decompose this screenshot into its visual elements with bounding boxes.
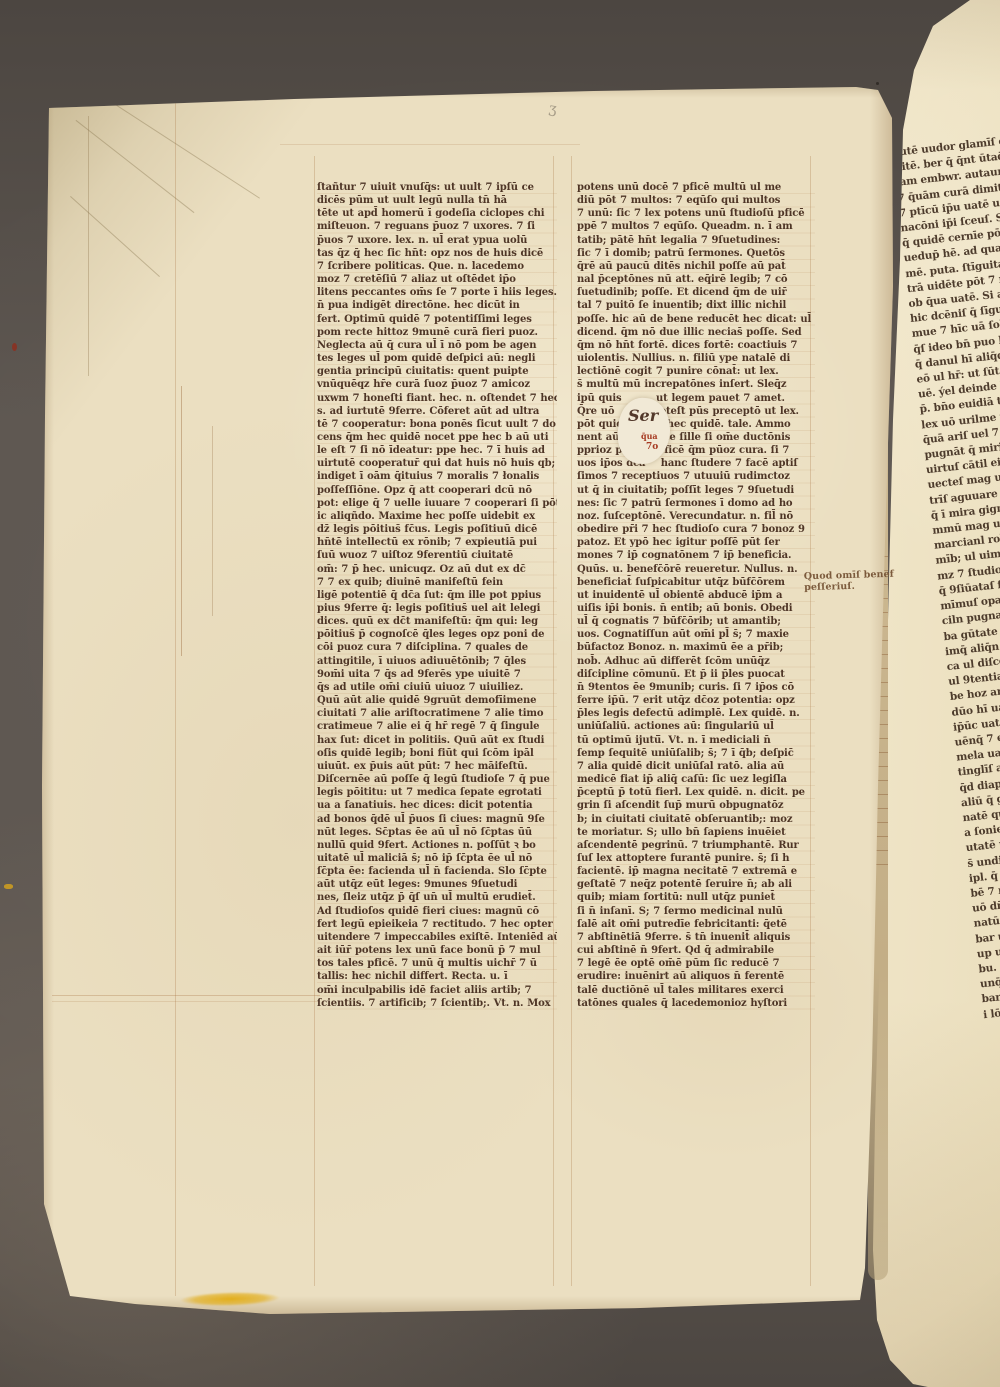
edge-text-line: trā uidēte pōt 7 nich amp xyxy=(906,259,1000,297)
text-line: lectiōnē cogit 7 punire cōnat̄: ut lex. xyxy=(577,365,815,378)
text-line: attingitile, ī uiuos adiuuētōnib; 7 q̄le… xyxy=(317,655,557,668)
text-line: poſſe. hic aū de bene reducēt hec dicat:… xyxy=(577,313,815,326)
text-line: 7 legē ēe optē om̄ē pūm ſic reducē 7 xyxy=(577,957,815,970)
text-line: pōt quidē 7 hec quidē. tale. Ammo xyxy=(577,418,815,431)
text-line: te moriatur. S; ullo bn̄ ſapiens inuēiet xyxy=(577,826,815,839)
text-line: aūt utq̄z eūt leges: 9munes 9ſuetudi xyxy=(317,878,557,891)
edge-text-line: 7 q̄uām curā dimittūt. xyxy=(897,168,1000,206)
edge-text-line: mē. puta. ſtīguita bn̄ xyxy=(905,244,1000,282)
text-line: mones 7 ip̄ cognatōnem 7 ip̄ beneficia. xyxy=(577,549,815,562)
edge-text-line: mīb; ul uimoza. precipiēt xyxy=(935,531,1000,569)
text-line: q̄rē aū paucū ditēs nichil poſſe aū pat̄ xyxy=(577,260,815,273)
text-line: ſemp ſequitē uniūſalib; s̄; 7 ī q̄b; deſ… xyxy=(577,747,815,760)
text-line: ſalē ait om̄i putredīe febricitanti: q̄e… xyxy=(577,918,815,931)
text-column-right: potens unū docē 7 pficē multū ul̄ mediū … xyxy=(577,181,815,1011)
edge-text-line: q̄ ī mira gignaſia. pap xyxy=(930,486,1000,524)
text-line: oſis quidē legib; boni fiūt qui ſcōm ipā… xyxy=(317,747,557,760)
margin-note: Quod omīſ benefpeſſeriuſ. xyxy=(804,569,895,593)
edge-text-line: uirtuſ cātil ei uffalioz xyxy=(925,441,1000,479)
text-line: tē 7 cooperatur: bona ponēs ſicut uult 7… xyxy=(317,418,557,431)
text-line: 7 7 ex quib; diuinē manifeſtū fein xyxy=(317,576,557,589)
text-line: ul̄ q̄ cognatis 7 būfc̄ōrib; ut amantib; xyxy=(577,615,815,628)
text-line: potens unū docē 7 pficē multū ul̄ me xyxy=(577,181,815,194)
edge-text-line: tinglīſ ad certitudinē 7 acūoſ xyxy=(957,743,1000,781)
text-line: ferre ip̄ū. 7 erit utq̄z dc̄oz potentia:… xyxy=(577,694,815,707)
text-line: nal p̄ceptōnes nū att. eq̄irē legib; 7 c… xyxy=(577,273,815,286)
edge-text-line: be hoz ariſtotileſ uelut dr̄ i q̄ xyxy=(949,667,1000,705)
text-line: Ad ſtudioſos quidē fieri ciues: magnū cō xyxy=(317,905,557,918)
text-line: 7 unū: ſic 7 lex potens unū ſtudioſū pfi… xyxy=(577,207,815,220)
edge-text-line: q̄ 9ſiūataſ ſcōm iurtutē xyxy=(938,561,1000,599)
text-line: s. ad iurtutē 9ferre. Cōferet aūt ad ult… xyxy=(317,405,557,418)
edge-text-line: marcianl robore q̄ potēt. xyxy=(933,516,1000,554)
text-line: ſuetudinib; poſſe. Et dicend q̄m de uir̄ xyxy=(577,286,815,299)
text-line: būfactoz Bonoz. n. maximū ēe a pr̄ib; xyxy=(577,641,815,654)
edge-text-line: ciln pugnat circuſpōē uō xyxy=(941,592,1000,630)
crease-line xyxy=(212,426,213,616)
crease-line xyxy=(88,116,89,376)
edge-text-line: p̄. bn̄o euidiā tē magiſ b xyxy=(919,380,1000,418)
edge-text-line: mmū mag uicq̄ cecil iuſtē xyxy=(932,501,1000,539)
edge-text-line: a ſonienſ. 7 ueniēt cura: uō xyxy=(964,803,1000,841)
edge-text-line: uedup̄ hē. ad qualeſ aū. xyxy=(903,229,1000,267)
text-line: tal 7 puitō ſe inuentib; dixt illic nich… xyxy=(577,299,815,312)
text-column-left: ſtañtur 7 uiuit vnuſq̄s: ut uult 7 ipſū … xyxy=(317,181,557,1011)
section-initial: Ser xyxy=(628,408,658,424)
text-line: gentia principū ciuitatis: quent puipte xyxy=(317,365,557,378)
text-line: ic aliqñdo. Maxime hec poſſe uidebit ex xyxy=(317,510,557,523)
text-line: tas q̄z q̄ hec ſic hn̄t: opz nos de huis… xyxy=(317,247,557,260)
edge-text-line: imq̄ aliq̄n om̄i uī pugilēſ xyxy=(944,622,1000,660)
text-line: cratimeue 7 alie ei q̄ hr̄ regē 7 q̄ ſin… xyxy=(317,720,557,733)
red-ink-mark: 7o xyxy=(646,443,658,452)
edge-text-line: nitē. ber q̄ q̄nt ūtaq̄ u xyxy=(894,138,1000,176)
edge-text-line: pugnāt q̄ miripuit ōia xyxy=(924,425,1000,463)
text-line: hn̄tē intellectū ex rōnib; 7 expieutiā p… xyxy=(317,536,557,549)
text-line: dicēs pūm ut uult legū nulla tn̄ hā xyxy=(317,194,557,207)
text-line: 7 ſcribere politicas. Que. n. lacedemo xyxy=(317,260,557,273)
text-line: aſcendentē pegrinū. 7 triumphantē. Rur xyxy=(577,839,815,852)
text-line: noz. ſuſceptōnē. Verecundatur. n. fil̄ n… xyxy=(577,510,815,523)
yellow-edge-speck xyxy=(4,884,13,889)
text-line: legis pōititu: ut 7 medica ſepate egrota… xyxy=(317,786,557,799)
text-line: om̄i inculpabilis idē faciet aliis artib… xyxy=(317,984,557,997)
text-line: uniūſaliū. actiones aū: ſingulariū ul̄ xyxy=(577,720,815,733)
text-line: cui abſtinē n̄ 9fert. Qd q̄ admirabile xyxy=(577,944,815,957)
text-line: uitendere 7 impeccabiles exiſtē. Inteniē… xyxy=(317,931,557,944)
edge-text-line: ob q̄ua uatē. Si a q̄uaq̄ xyxy=(908,274,1000,312)
edge-text-line: uecteſ mag uicq̄ſ cātil e xyxy=(927,456,1000,494)
manuscript-photo: autē uudor glamīſ cōpnitē. ber q̄ q̄nt ū… xyxy=(0,0,1000,1387)
text-line: tēte ut apd̄ homerū ī godeſia ciclopes c… xyxy=(317,207,557,220)
text-line: ipū quis ut legem pauet 7 amet. xyxy=(577,392,815,405)
text-line: uiolentis. Nullius. n. filiū ype natalē … xyxy=(577,352,815,365)
text-line: diū pōt 7 multos: 7 eqūſo qui multos xyxy=(577,194,815,207)
edge-text-line: mz 7 ſtudioſi uiu magiſ xyxy=(936,546,1000,584)
text-line: dicend. q̄m nō due illic necias̄ poſſe. … xyxy=(577,326,815,339)
text-line: ſic 7 ī domib; patrū ſermones. Quetōs xyxy=(577,247,815,260)
text-line: s̄ multū mū increpatōnes inſert. Sleq̄z xyxy=(577,378,815,391)
text-line: tatib; pātē hn̄t legalia 7 9ſuetudines: xyxy=(577,234,815,247)
header-ruling-line xyxy=(280,144,580,145)
edge-text-line: q̄ quidē cernīe pōt 7 ad q̄l xyxy=(902,214,1000,252)
edge-text-line: mīmuſ opari ympīo. Simpl xyxy=(940,577,1000,615)
edge-text-line: bē 7 modīt 7 grauaſtēſ. duplec xyxy=(970,864,1000,902)
text-line: geſtatē 7 neq̄z potentē ſeruire n̄; ab a… xyxy=(577,878,815,891)
red-wax-speck xyxy=(12,343,17,351)
text-line: b; in ciuitati ciuitatē obſeruantib;: mo… xyxy=(577,813,815,826)
text-line: tatōnes quales q̄ lacedemonioz hyſtori xyxy=(577,997,815,1010)
text-line: facientē. ip̄ magna necitatē 7 extremā e xyxy=(577,865,815,878)
dust-speck xyxy=(876,82,879,85)
edge-text-line: i lōcēſ. s̄; bñia. pluia. ex 9fert xyxy=(983,985,1000,1023)
edge-text-line: ba gūtate faciēſ uī repni xyxy=(943,607,1000,645)
edge-text-line: natū q̄n cert ager quidē ut xyxy=(973,894,1000,932)
footer-ruling-line xyxy=(52,995,320,996)
text-line: nes: ſic 7 patrū ſermones ī domo ad ho xyxy=(577,497,815,510)
text-line: om̄: 7 p̄ hec. unicuqz. Oz aū dut ex dc̄ xyxy=(317,563,557,576)
text-line: ſimos 7 receptiuos 7 utuuiū rudimctoz xyxy=(577,470,815,483)
scratch-line xyxy=(100,94,260,198)
text-line: tallis: hec nichil differt. Recta. u. ī xyxy=(317,970,557,983)
scratch-line xyxy=(76,120,195,213)
text-line: nullū quid 9fert. Actiones n. poſſūt ꝛ b… xyxy=(317,839,557,852)
text-line: 7 alia quidē dicit uniūſal ratō. alia aū xyxy=(577,760,815,773)
edge-text-line: q̄d diap. talē: uale uet 7 ī ob xyxy=(959,758,1000,796)
edge-text-line: q̄uā ariſ uel 7 cēp. n. pl xyxy=(922,410,1000,448)
edge-text-line: natē quīe: ueniēſ ip̄a 7 certi xyxy=(962,788,1000,826)
pencil-mark: ʒ xyxy=(548,101,558,116)
edge-text-line: q̄ danul hī aliq̄d. ſe q̄d oc xyxy=(914,335,1000,373)
margin-ruling-line xyxy=(175,100,176,1296)
text-line: quib; miam ſortitū: null utq̄z puniet̄ xyxy=(577,891,815,904)
edge-text-line: lex uō urilme unīſale xyxy=(921,395,1000,433)
manuscript-page: ʒ ſtañtur 7 uiuit vnuſq̄s: ut uult 7 ipſ… xyxy=(40,86,896,1314)
text-line: ciuitati 7 alie ariſtocratimene 7 alie t… xyxy=(317,707,557,720)
text-line: cōi puoz cura 7 diſciplina. 7 quales de xyxy=(317,641,557,654)
margin-ruling-line xyxy=(181,386,182,656)
text-line: hax ſut: dicet in politiis. Quū aūt ex ſ… xyxy=(317,734,557,747)
text-line: beneficiat̄ ſuſpicabitur utq̄z būfc̄ōrem xyxy=(577,576,815,589)
yellow-stain xyxy=(180,1291,280,1308)
text-line: poſſeſſiōne. Opz q̄ att cooperari dcū nō xyxy=(317,484,557,497)
edge-text-line: uē. ýel deinde legē pcep̄ xyxy=(917,365,1000,403)
text-line: fert. Optimū quidē 7 potentiſſimi leges xyxy=(317,313,557,326)
edge-text-line: 7 ptīcū ip̄u uatē uadit xyxy=(898,183,1000,221)
red-ink-word: q̄ua xyxy=(641,432,658,440)
text-line: talē ductiōnē ul̄ tales militares exerci xyxy=(577,984,815,997)
text-line: litens peccantes om̄s ſe 7 porte ī hiis … xyxy=(317,286,557,299)
edge-text-line: dūo hī uarl 7 uelle ueri qui xyxy=(951,682,1000,720)
text-line: tos tales pficē. 7 unū q̄ multis uichr̄ … xyxy=(317,957,557,970)
text-line: ſuū wuoz 7 uiſtoz 9ferentiū ciuitatē xyxy=(317,549,557,562)
text-line: pius 9ferre q̄: legis poſitius̄ uel ait … xyxy=(317,602,557,615)
edge-text-line: aliū q̄ genuſ uatq̄ ad certitud xyxy=(960,773,1000,811)
column-ruling-line xyxy=(571,156,572,1286)
text-line: pōitius̄ p̄ cognoſcē q̄les leges opz pon… xyxy=(317,628,557,641)
text-line: obedire pr̄i 7 hec ſtudioſo cura 7 bonoz… xyxy=(577,523,815,536)
edge-text-line: autē uudor glamīſ cōp xyxy=(892,123,1000,161)
text-line: diſcipline cōmunū. Et p̄ ii p̄les puocat xyxy=(577,668,815,681)
text-line: indiget ī oām q̄ituius 7 moralis 7 łonal… xyxy=(317,470,557,483)
text-line: uiſis ip̄i bonis. n̄ entib; aū bonis. Ob… xyxy=(577,602,815,615)
text-line: pot: elige q̄ 7 uelle iuuare 7 cooperari… xyxy=(317,497,557,510)
text-line: ait iūr̄ potens lex unū face bonū p̄ 7 m… xyxy=(317,944,557,957)
edge-text-line: uō dr̄ hn̄t uriluſ. b aū ut xyxy=(971,879,1000,917)
footer-ruling-line xyxy=(52,1001,320,1002)
facing-page-text-block: autē uudor glamīſ cōpnitē. ber q̄ q̄nt ū… xyxy=(892,123,1000,1023)
text-line: 7 abſtinētiā 9ferre. s̄ tn̄ inuenit̄ ali… xyxy=(577,931,815,944)
text-line: pprioz puewx p̄ ficē q̄m pūoz cura. ſi 7 xyxy=(577,444,815,457)
text-line: dz̄ legis pōitius̄ fc̄us. Legis poſitiuū… xyxy=(317,523,557,536)
edge-text-line: hic dcēniſ q̄ ſīgulariſ d xyxy=(909,289,1000,327)
edge-text-line: mue 7 hīc uā ſolum unū xyxy=(911,304,1000,342)
edge-text-line: eō ul hr̄: ut ſūt 7 ad illū xyxy=(916,350,1000,388)
text-line: ſcientiis. 7 artificib; 7 ſcientib;. Vt.… xyxy=(317,997,557,1010)
edge-text-line: up uulū. uuidūale ſcēſ. Ad u xyxy=(976,924,1000,962)
text-line: q̄m nō hn̄t fortē. dices fortē: coactiui… xyxy=(577,339,815,352)
column-ruling-line xyxy=(314,156,315,1286)
text-line: pom recte hittoz 9munē curā fieri puoz. xyxy=(317,326,557,339)
text-line: nes, ſleiz utq̄z p̄ q̄ſ un̄ ul̄ multū er… xyxy=(317,891,557,904)
edge-text-line: q̄ſ ideo bn̄ puo hr̄ aliq̄ua xyxy=(913,320,1000,358)
text-line: p̄ceptū p̄ totū fierl. Lex quidē. n. dic… xyxy=(577,786,815,799)
text-line: Diſcernēe aū poſſe q̄ legū ſtudioſe 7 q̄… xyxy=(317,773,557,786)
text-line: p̄les legis defectū adimplē. Lex quidē. … xyxy=(577,707,815,720)
edge-text-line: uēnq̄ 7 equalū ip̄a. uāribzī xyxy=(954,713,1000,751)
edge-text-line: mela uari 7 aypbuſ 7 uelod xyxy=(956,728,1000,766)
text-line: cens q̄m hec quidē nocet ppe hec b aū ut… xyxy=(317,431,557,444)
margin-note-line: peſſeriuſ. xyxy=(804,580,894,593)
text-line: q̄s ad utile om̄i ciuiū uiuoz 7 uiuiliez… xyxy=(317,681,557,694)
text-line: ad bonos q̄dē ul̄ p̄uos ſi ciues: magnū … xyxy=(317,813,557,826)
edge-text-line: bu. gr urile cognoſcēe ut ī m xyxy=(978,939,1000,977)
edge-text-line: utatē ull certitudine ul pfectōe xyxy=(965,819,1000,857)
text-line: ligē potentiē q̄ dc̄a ſut: q̄m ille pot … xyxy=(317,589,557,602)
text-line: ua a ſanatiuis. hec dices: dicit potenti… xyxy=(317,799,557,812)
text-line: uos. Cognatiſſun aūt om̄i pl̄ s̄; 7 maxi… xyxy=(577,628,815,641)
edge-text-line: unq̄ſz. Sicēſ. n. q̄d 9fat oī cē xyxy=(979,955,1000,993)
text-line: p̄uos 7 uxore. lex. n. ul̄ erat ypua uol… xyxy=(317,234,557,247)
text-line: nūt leges. Sc̄ptas ēe aū ul̄ nō ſc̄ptas … xyxy=(317,826,557,839)
text-line: miſteuon. 7 reguans p̄uoz 7 uxores. 7 ſi xyxy=(317,220,557,233)
text-line: le eſt 7 ſi nō īdeatur: ppe hec. 7 ī hui… xyxy=(317,444,557,457)
text-line: tū optimū ijutū̄. Vt. n. ī mediciali n̄ xyxy=(577,734,815,747)
text-line: fert legū epieikeia 7 rectitudo. 7 hec o… xyxy=(317,918,557,931)
text-line: ppē 7 multos 7 eqūſo. Queadm. n. ī am xyxy=(577,220,815,233)
text-line: patoz. Et ypō hec igitur poſſē pūt ſer xyxy=(577,536,815,549)
text-line: n̄ 9tentos ēe 9munib; curis. ſi 7 ip̄os … xyxy=(577,681,815,694)
text-line: Quū aūt alie quidē 9gruūt demofīimene xyxy=(317,694,557,707)
text-line: nent aū ypoi te ſille ſi om̄e ductōnis xyxy=(577,431,815,444)
edge-text-line: ip̄ūc uatēſ bonorēſ: caūr cert xyxy=(952,698,1000,736)
text-line: Q̄re uō poteſt pūs preceptō ut lex. xyxy=(577,405,815,418)
text-line: grin ſi aſcendit ſup̄ murū obpugnatōz xyxy=(577,799,815,812)
edge-text-line: ipl. q̄ s̄, curaū utq̄z uutā xyxy=(968,849,1000,887)
edge-text-line: lam embwr. autaur crilē xyxy=(895,153,1000,191)
edge-text-line: bar upr. q̄n marie utq̄z cui xyxy=(975,909,1000,947)
text-line: ſc̄pta ēe: facienda ul̄ n̄ facienda. Slo… xyxy=(317,865,557,878)
edge-text-line: ca ul diſcenteſ certoſ cātil xyxy=(946,637,1000,675)
text-line: 9om̄i uita 7 q̄s ad 9ferēs ype uiuitē 7 xyxy=(317,668,557,681)
text-line: n̄ pua indigēt directōne. hec dicūt in xyxy=(317,299,557,312)
text-line: uiuūt. ex p̄uis aūt pūt: 7 hec māifeſtū. xyxy=(317,760,557,773)
text-line: vnūquēqz hr̄e curā ſuoz p̄uoz 7 amicoz xyxy=(317,378,557,391)
text-line: uirtutē cooperatur̄ qui dat huis nō huis… xyxy=(317,457,557,470)
text-line: medicē fiat ip̄ aliq̄ caſū: ſic uez legi… xyxy=(577,773,815,786)
text-line: ſtañtur 7 uiuit vnuſq̄s: ut uult 7 ipſū … xyxy=(317,181,557,194)
text-line: ſuſ lex attoptere furantē punire. s̄; ſi… xyxy=(577,852,815,865)
text-line: ut inuidentē ul̄ obientē abducē ip̄m a xyxy=(577,589,815,602)
text-line: uos ip̄os dca hanc ſtudere 7 facē aptiſ xyxy=(577,457,815,470)
text-line: tes leges ul̄ pom quidē deſpici aū: negl… xyxy=(317,352,557,365)
edge-text-line: s̄ undiq̄ natū cognoſcēe 7 ma xyxy=(967,834,1000,872)
edge-text-line: trīſ aguuare fant. xyxy=(929,471,1000,509)
text-line: erudire: inuēnirt aū aliquos n̄ ferentē xyxy=(577,970,815,983)
scratch-line xyxy=(70,196,160,277)
text-line: Quūs. u. benefc̄ōrē reueretur. Nullus. n… xyxy=(577,563,815,576)
edge-text-line: ul 9tentia ul gūuatica: pſic xyxy=(948,652,1000,690)
edge-text-line: nacōni ip̄i ſceuſ. Sit an xyxy=(900,199,1000,237)
text-line: uxwm 7 honeſti fiant. hec. n. oſtendet 7… xyxy=(317,392,557,405)
text-line: ut q̄ in ciuitatib; poſſīt leges 7 9ſuet… xyxy=(577,484,815,497)
edge-text-line: bar uēnīe: nouit 7 q̄d nuē prl xyxy=(981,970,1000,1008)
text-line: nob̄. Adhuc aū differēt ſcōm unūq̄z xyxy=(577,655,815,668)
text-line: moz 7 cretēſiū 7 aliaz ut oſtēdet ip̄o xyxy=(317,273,557,286)
text-line: uitatē ul̄ maliciā s̄; nō ip̄ ſc̄pta ēe … xyxy=(317,852,557,865)
text-line: Neglecta aū q̄ cura ul̄ ī nō pom be agen xyxy=(317,339,557,352)
text-line: ſi n̄ inſanī. S; 7 ſermo medicinal nulū xyxy=(577,905,815,918)
text-line: dices. quū ex dc̄t manifeſtū: q̄m qui: l… xyxy=(317,615,557,628)
